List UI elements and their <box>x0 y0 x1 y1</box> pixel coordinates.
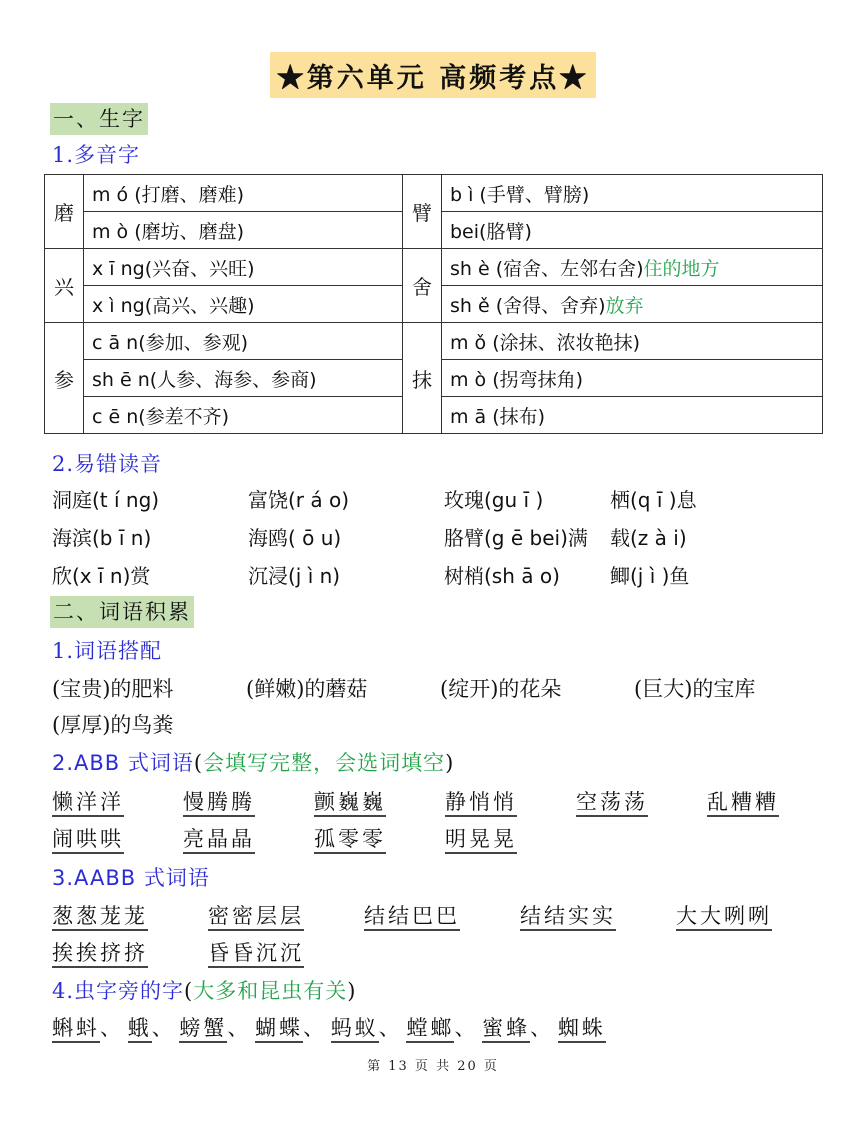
char-cell: 参 <box>45 323 84 434</box>
paren-close: ) <box>347 979 356 1003</box>
reading-cell: x ì ng(高兴、兴趣) <box>84 286 403 323</box>
table-row: 参 c ā n(参加、参观) 抹 m ǒ (涂抹、浓妆艳抹) <box>45 323 823 360</box>
aabb-word: 昏昏沉沉 <box>208 941 304 968</box>
section-heading-vocabulary: 二、词语积累 <box>50 596 194 628</box>
pronunciation-item: 树梢(sh ā o) <box>444 560 610 598</box>
pronunciation-item: 洞庭(t í ng) <box>52 484 248 522</box>
char-cell: 兴 <box>45 249 84 323</box>
abb-word: 静悄悄 <box>445 790 517 817</box>
aabb-word: 结结巴巴 <box>364 904 460 931</box>
insect-word: 螳螂 <box>406 1016 454 1043</box>
aabb-word: 挨挨挤挤 <box>52 941 148 968</box>
abb-word: 明晃晃 <box>445 827 517 854</box>
reading-cell: b ì (手臂、臂膀) <box>442 175 823 212</box>
char-cell: 舍 <box>403 249 442 323</box>
abb-word: 乱糟糟 <box>707 790 779 817</box>
pronunciation-item: 沉浸(j ì n) <box>248 560 444 598</box>
aabb-word: 密密层层 <box>208 904 304 931</box>
insect-word: 蜘蛛 <box>558 1016 606 1043</box>
pronunciation-item: 鲫(j ì )鱼 <box>610 560 689 598</box>
tricky-pronunciation-grid: 洞庭(t í ng) 富饶(r á o) 玫瑰(gu ī ) 栖(q ī )息 … <box>52 484 697 598</box>
abb-word: 空荡荡 <box>576 790 648 817</box>
meaning-note: 放弃 <box>606 295 644 317</box>
separator: 、 <box>227 1016 248 1040</box>
table-row: 磨 m ó (打磨、磨难) 臂 b ì (手臂、臂膀) <box>45 175 823 212</box>
insect-word: 蝌蚪 <box>52 1016 100 1043</box>
table-row: 兴 x ī ng(兴奋、兴旺) 舍 sh è (宿舍、左邻右舍)住的地方 <box>45 249 823 286</box>
separator: 、 <box>379 1016 400 1040</box>
insect-word: 蛾 <box>128 1016 152 1043</box>
abb-word: 孤零零 <box>314 827 386 854</box>
abb-word: 颤巍巍 <box>314 790 386 817</box>
subheading-abb-words: 2.ABB 式词语(会填写完整，会选词填空) <box>52 747 454 777</box>
reading-cell: m ò (拐弯抹角) <box>442 360 823 397</box>
subheading-aabb-words: 3.AABB 式词语 <box>52 862 210 892</box>
reading-cell: m ò (磨坊、磨盘) <box>84 212 403 249</box>
collocation-item: (绽开)的花朵 <box>440 673 634 709</box>
pronunciation-item: 栖(q ī )息 <box>610 484 697 522</box>
reading-cell: m ó (打磨、磨难) <box>84 175 403 212</box>
reading-cell: m ā (抹布) <box>442 397 823 434</box>
pronunciation-item: 富饶(r á o) <box>248 484 444 522</box>
reading-cell: c ē n(参差不齐) <box>84 397 403 434</box>
collocation-list: (宝贵)的肥料 (鲜嫩)的蘑菇 (绽开)的花朵 (巨大)的宝库 (厚厚)的鸟粪 <box>52 673 755 745</box>
abb-note: 会填写完整，会选词填空 <box>203 751 445 775</box>
reading-cell: sh ē n(人参、海参、参商) <box>84 360 403 397</box>
section-heading-characters: 一、生字 <box>50 103 148 135</box>
meaning-note: 住的地方 <box>644 258 720 280</box>
insect-word: 蜜蜂 <box>482 1016 530 1043</box>
pronunciation-item: 海鸥( ō u) <box>248 522 444 560</box>
char-cell: 抹 <box>403 323 442 434</box>
separator: 、 <box>454 1016 475 1040</box>
pronunciation-item: 欣(x ī n)赏 <box>52 560 248 598</box>
abb-word: 慢腾腾 <box>183 790 255 817</box>
polyphonic-table: 磨 m ó (打磨、磨难) 臂 b ì (手臂、臂膀) m ò (磨坊、磨盘) … <box>44 174 823 434</box>
subheading-collocation: 1.词语搭配 <box>52 635 162 665</box>
char-cell: 磨 <box>45 175 84 249</box>
collocation-item: (巨大)的宝库 <box>634 673 755 709</box>
abb-word-grid: 懒洋洋 慢腾腾 颤巍巍 静悄悄 空荡荡 乱糟糟 闹哄哄 亮晶晶 孤零零 明晃晃 <box>52 786 779 860</box>
paren-open: ( <box>184 979 193 1003</box>
aabb-word: 葱葱茏茏 <box>52 904 148 931</box>
page-title: ★第六单元 高频考点★ <box>270 52 596 98</box>
abb-word: 亮晶晶 <box>183 827 255 854</box>
abb-word: 闹哄哄 <box>52 827 124 854</box>
collocation-item: (厚厚)的鸟粪 <box>52 709 173 745</box>
pronunciation-item: 载(z à i) <box>610 522 687 560</box>
reading-text: sh ě (舍得、舍弃) <box>450 295 606 317</box>
separator: 、 <box>530 1016 551 1040</box>
subheading-tricky-pronunciation: 2.易错读音 <box>52 448 162 478</box>
reading-cell: sh è (宿舍、左邻右舍)住的地方 <box>442 249 823 286</box>
collocation-item: (宝贵)的肥料 <box>52 673 246 709</box>
reading-text: sh è (宿舍、左邻右舍) <box>450 258 644 280</box>
paren-close: ) <box>445 751 454 775</box>
subheading-polyphonic: 1.多音字 <box>52 139 140 169</box>
abb-heading-text: 2.ABB 式词语 <box>52 751 194 775</box>
insect-heading-text: 4.虫字旁的字 <box>52 979 184 1003</box>
aabb-word: 结结实实 <box>520 904 616 931</box>
insect-word-list: 蝌蚪、 蛾、 螃蟹、 蝴蝶、 蚂蚁、 螳螂、 蜜蜂、 蜘蛛 <box>52 1012 606 1042</box>
collocation-item: (鲜嫩)的蘑菇 <box>246 673 440 709</box>
separator: 、 <box>303 1016 324 1040</box>
abb-word: 懒洋洋 <box>52 790 124 817</box>
reading-cell: bei(胳臂) <box>442 212 823 249</box>
pronunciation-item: 玫瑰(gu ī ) <box>444 484 610 522</box>
aabb-word-grid: 葱葱茏茏 密密层层 结结巴巴 结结实实 大大咧咧 挨挨挤挤 昏昏沉沉 <box>52 900 772 974</box>
pronunciation-item: 胳臂(g ē bei)满 <box>444 522 610 560</box>
reading-cell: x ī ng(兴奋、兴旺) <box>84 249 403 286</box>
char-cell: 臂 <box>403 175 442 249</box>
subheading-insect-radical: 4.虫字旁的字(大多和昆虫有关) <box>52 975 356 1005</box>
separator: 、 <box>100 1016 121 1040</box>
aabb-word: 大大咧咧 <box>676 904 772 931</box>
paren-open: ( <box>194 751 203 775</box>
reading-cell: c ā n(参加、参观) <box>84 323 403 360</box>
insect-word: 蝴蝶 <box>255 1016 303 1043</box>
reading-cell: sh ě (舍得、舍弃)放弃 <box>442 286 823 323</box>
separator: 、 <box>152 1016 173 1040</box>
insect-note: 大多和昆虫有关 <box>193 979 347 1003</box>
reading-cell: m ǒ (涂抹、浓妆艳抹) <box>442 323 823 360</box>
pronunciation-item: 海滨(b ī n) <box>52 522 248 560</box>
insect-word: 蚂蚁 <box>331 1016 379 1043</box>
insect-word: 螃蟹 <box>179 1016 227 1043</box>
page-number: 第 13 页 共 20 页 <box>0 1055 866 1074</box>
